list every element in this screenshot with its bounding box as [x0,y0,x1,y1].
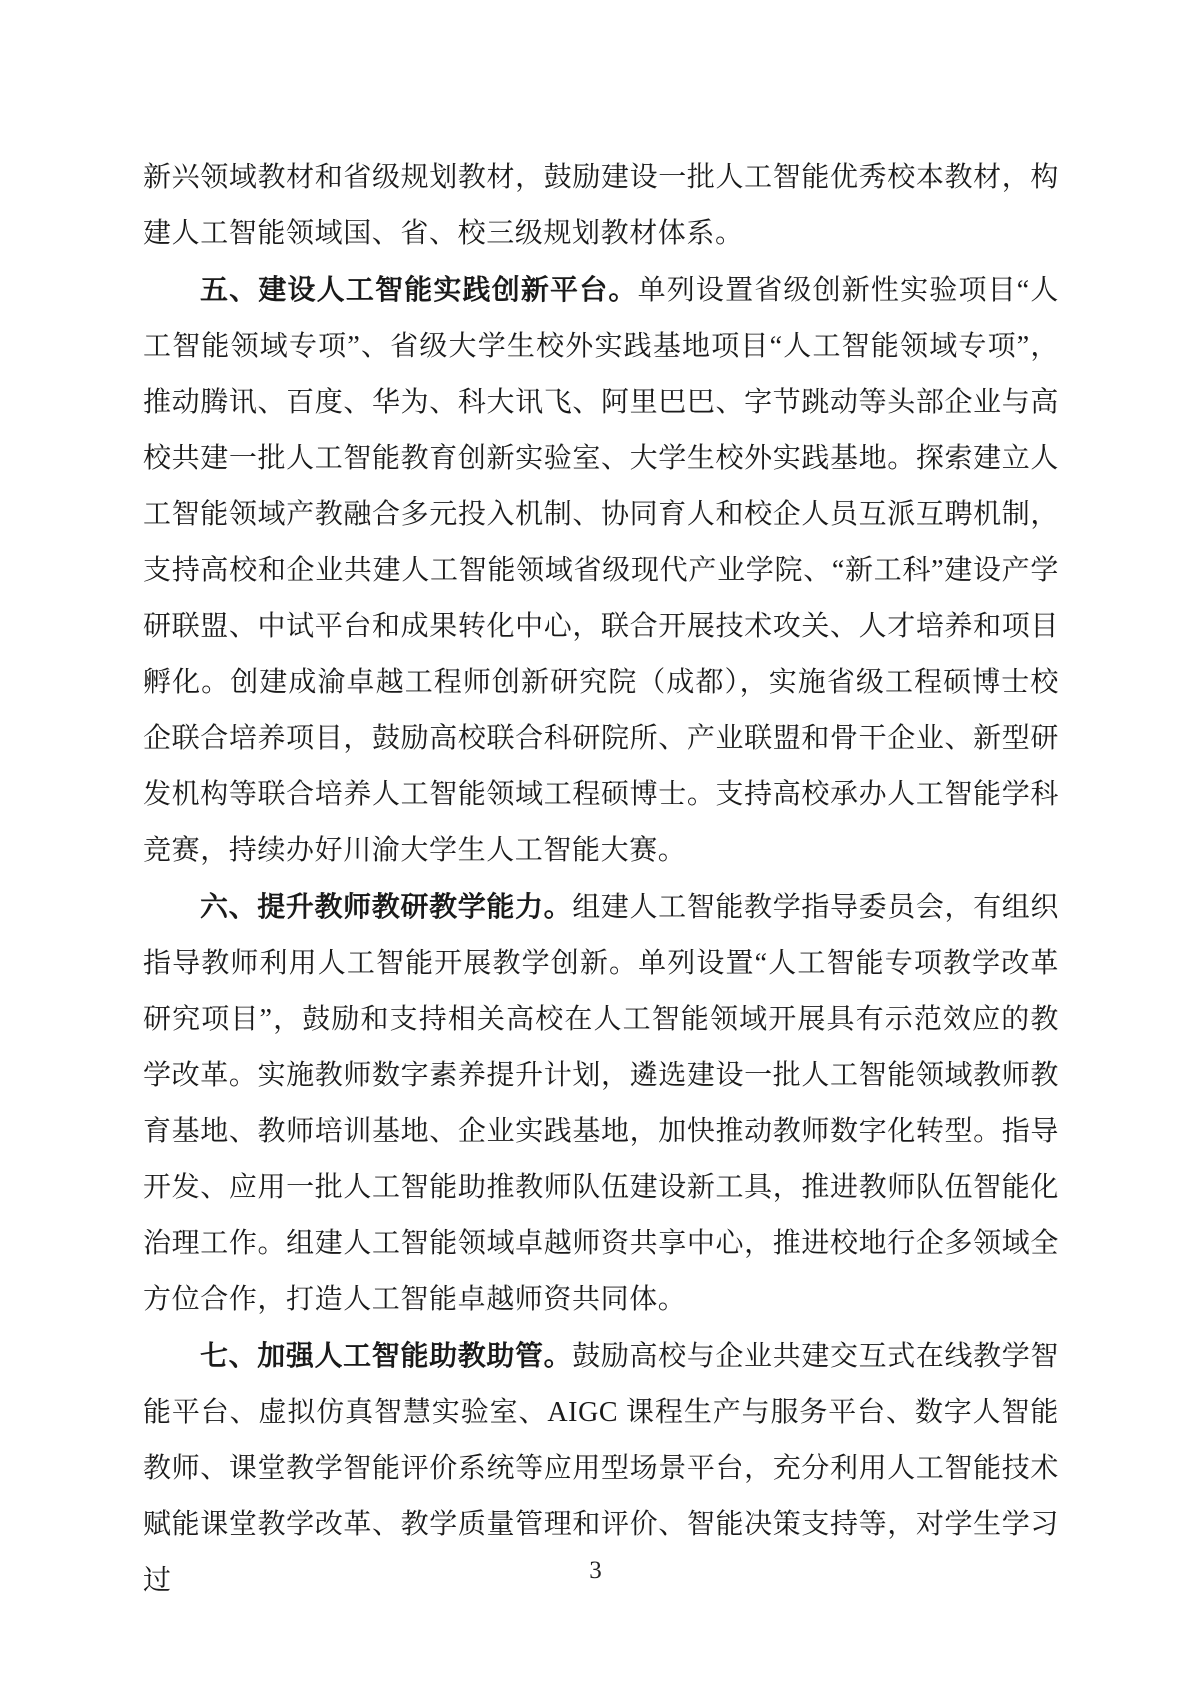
paragraph-continuation: 新兴领域教材和省级规划教材，鼓励建设一批人工智能优秀校本教材，构建人工智能领域国… [143,149,1059,262]
document-page: 新兴领域教材和省级规划教材，鼓励建设一批人工智能优秀校本教材，构建人工智能领域国… [0,0,1191,1684]
page-number: 3 [0,1556,1191,1586]
section-heading: 六、提升教师教研教学能力。 [200,891,572,922]
paragraph-text: 组建人工智能教学指导委员会，有组织指导教师利用人工智能开展教学创新。单列设置“人… [143,892,1059,1315]
paragraph-section-6: 六、提升教师教研教学能力。组建人工智能教学指导委员会，有组织指导教师利用人工智能… [143,879,1059,1328]
paragraph-section-5: 五、建设人工智能实践创新平台。单列设置省级创新性实验项目“人工智能领域专项”、省… [143,262,1059,879]
section-heading: 五、建设人工智能实践创新平台。 [200,274,638,305]
section-heading: 七、加强人工智能助教助管。 [200,1340,572,1371]
paragraph-text: 新兴领域教材和省级规划教材，鼓励建设一批人工智能优秀校本教材，构建人工智能领域国… [143,162,1059,249]
paragraph-text: 单列设置省级创新性实验项目“人工智能领域专项”、省级大学生校外实践基地项目“人工… [143,275,1059,866]
document-body: 新兴领域教材和省级规划教材，鼓励建设一批人工智能优秀校本教材，构建人工智能领域国… [143,149,1059,1609]
